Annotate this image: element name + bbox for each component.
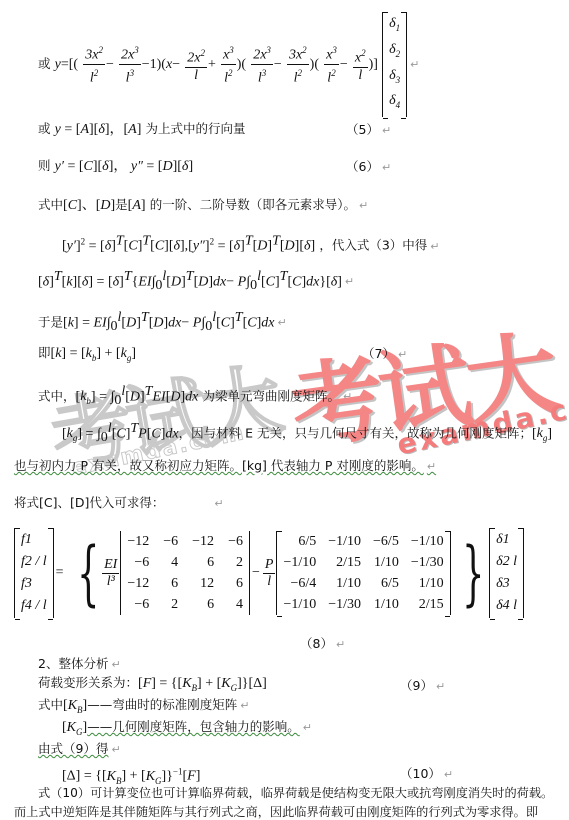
text-critical-load-1: 式（10）可计算变位也可计算临界荷载，临界荷载是使结构变无限大或抗弯刚度消失时的… <box>38 784 553 802</box>
displacement-vector: δ1δ2 lδ3δ4 l <box>489 528 524 618</box>
equation-number-10: （10）↵ <box>400 764 453 782</box>
equation-number-9: （9）↵ <box>400 676 445 694</box>
equation-number-8: （8）↵ <box>300 634 345 652</box>
equation-number-6: （6）↵ <box>346 157 391 175</box>
equation-shape-function: 或 y=[( 3x2l2− 2x3l3−1)(x− 2x2l+ x3l2)( 2… <box>38 12 419 117</box>
equation-9: 荷载变形关系为：[F] = {[KB] + [KG]}[Δ] <box>38 674 267 697</box>
bending-matrix: −12−6−12−6 −6462 −126126 −6264 <box>120 531 250 615</box>
text-critical-load-2: 而上式中逆矩阵是其伴随矩阵与其行列式之商，因此临界荷载可由刚度矩阵的行列式为零求… <box>14 803 538 820</box>
left-brace: { <box>77 533 99 613</box>
equation-squared-derivatives: [y′]2 = [δ]T[C]T[C][δ],[y″]2 = [δ]T[D]T[… <box>62 232 440 256</box>
equation-7: 即[k] = [kb] + [kg] <box>38 344 136 367</box>
text-kg-definition: [KG]——几何刚度矩阵，包含轴力的影响。↵ <box>62 718 312 741</box>
delta-vector: δ1δ2δ3δ4 <box>382 12 407 117</box>
text-kb-definition: 式中[KB]——弯曲时的标准刚度矩阵↵ <box>38 696 249 719</box>
force-vector: f1f2 / lf3f4 / l <box>14 528 54 618</box>
text-geometric-stiffness: [kg] = ∫0l[C]TP[C]dx，因与材料 E 无关，只与几何尺寸有关，… <box>62 420 552 447</box>
equation-number-7: （7）↵ <box>362 344 407 362</box>
right-brace: } <box>462 533 484 613</box>
equation-8-matrix: f1f2 / lf3f4 / l = { EIl³ −12−6−12−6 −64… <box>14 528 524 618</box>
equation-stiffness: 于是[k] = EI∫0l[D]T[D]dx− P∫0l[C]T[C]dx↵ <box>38 309 287 336</box>
section-heading-global-analysis: 2、整体分析↵ <box>38 655 121 674</box>
text-bending-stiffness: 式中，[kb] = ∫0l[D]TEI[D]dx 为梁单元弯曲刚度矩阵。↵ <box>38 383 352 410</box>
equation-5: 或 y = [A][δ]，[A] 为上式中的行向量 <box>38 120 246 139</box>
equation-6: 则 y′ = [C][δ]， y″ = [D][δ] <box>38 157 193 176</box>
equation-energy: [δ]T[k][δ] = [δ]T{EI∫0l[D]T[D]dx− P∫0l[C… <box>38 268 354 295</box>
text-substitute: 将式[C]、[D]代入可求得：↵ <box>14 494 224 513</box>
equation-number-5: （5）↵ <box>346 120 391 138</box>
geometric-matrix: 6/5−1/10−6/5−1/10 −1/102/151/10−1/30 −6/… <box>276 531 450 615</box>
text-from-eq9: 由式（9）得↵ <box>38 740 121 759</box>
text-initial-stress: 也与初内力 P 有关，故又称初应力矩阵。[kg] 代表轴力 P 对刚度的影响。↵ <box>14 457 436 476</box>
text-derivatives: 式中[C]、[D]是[A] 的一阶、二阶导数（即各元素求导）。↵ <box>38 196 368 215</box>
